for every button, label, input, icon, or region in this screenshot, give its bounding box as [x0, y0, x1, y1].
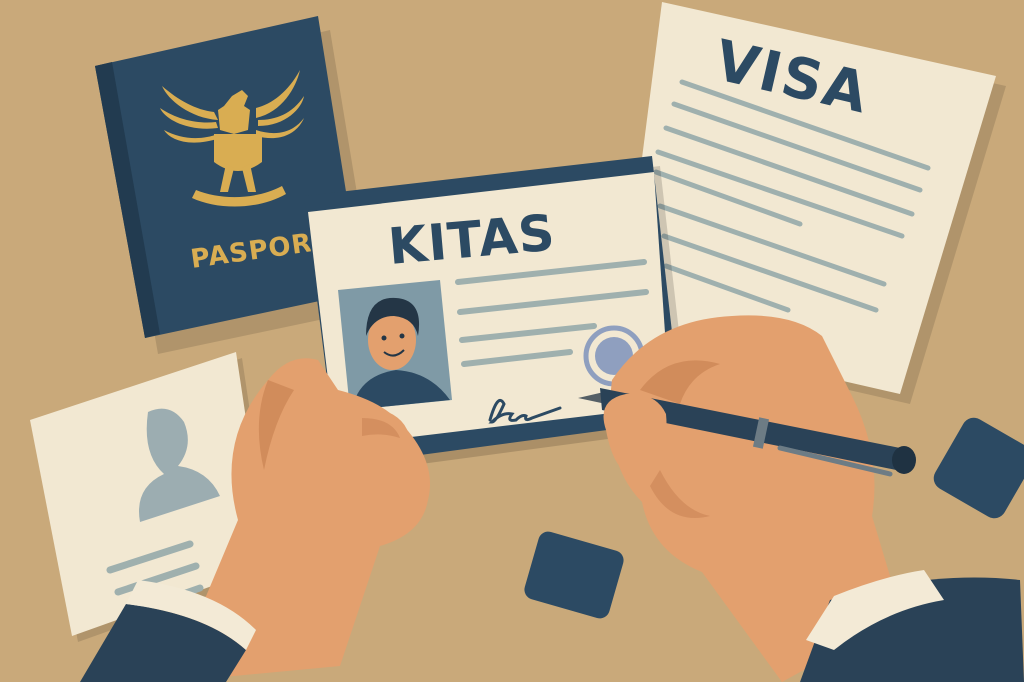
illustration-canvas: PASPOR VISA KIT: [0, 0, 1024, 682]
id-photo: [338, 280, 452, 410]
